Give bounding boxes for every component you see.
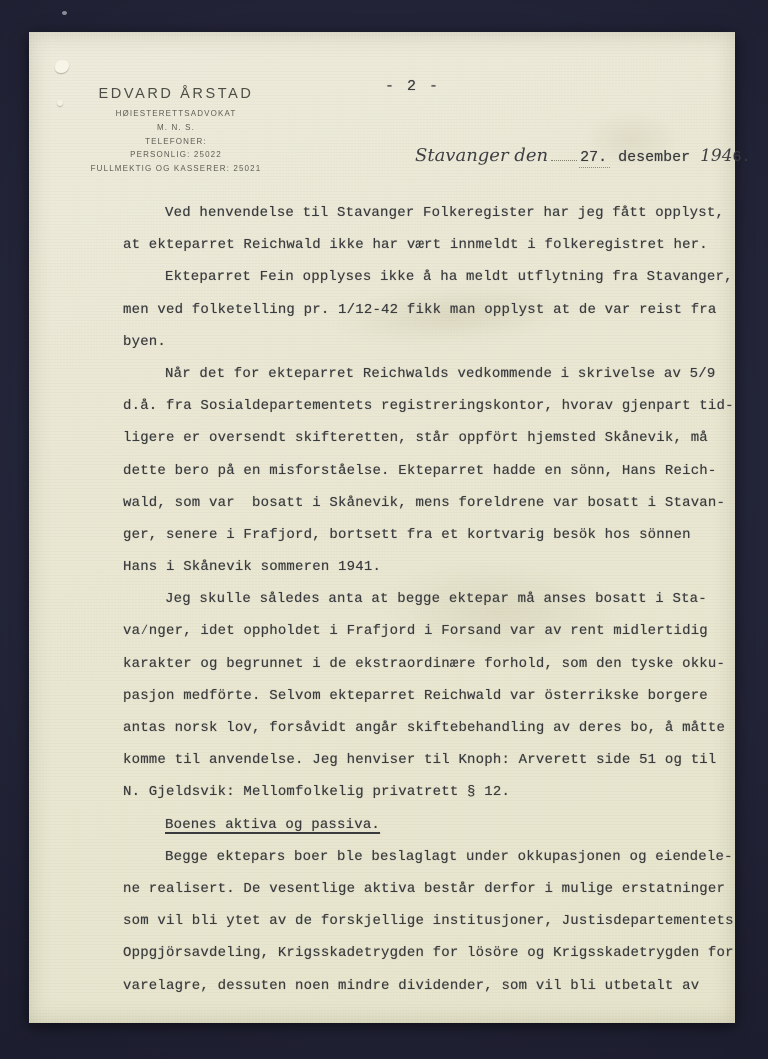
body-line: at ekteparret Reichwald ikke har vært in…: [123, 229, 723, 261]
dateline-place-printed: Stavanger den: [415, 145, 548, 166]
scan-dust-speck: [62, 11, 67, 15]
body-line: som vil bli ytet av de forskjellige inst…: [123, 905, 723, 937]
body-line: ger, senere i Frafjord, bortsett fra et …: [123, 519, 723, 551]
paper-pin-mark: [57, 100, 63, 106]
body-line: varelagre, dessuten noen mindre dividend…: [123, 970, 723, 1002]
letterhead-profession: HØIESTERETTSADVOKAT: [78, 107, 274, 121]
body-line: d.å. fra Sosialdepartementets registreri…: [123, 390, 723, 422]
body-line: ne realisert. De vesentlige aktiva bestå…: [123, 873, 723, 905]
body-line: va∕nger, idet oppholdet i Frafjord i For…: [123, 615, 723, 647]
letterhead-membership: M. N. S.: [78, 121, 274, 135]
letterhead-phones-label: TELEFONER:: [78, 135, 274, 149]
body-line: Oppgjörsavdeling, Krigsskadetrygden for …: [123, 937, 723, 969]
body-line: Ekteparret Fein opplyses ikke å ha meldt…: [123, 261, 723, 293]
dateline: Stavanger den 27. desember 194 6.: [415, 145, 751, 168]
body-line: ligere er oversendt skifteretten, står o…: [123, 422, 723, 454]
dateline-dotted-rule: [551, 149, 577, 161]
body-line: Ved henvendelse til Stavanger Folkeregis…: [123, 197, 723, 229]
letterhead-name: EDVARD ÅRSTAD: [78, 86, 274, 102]
paper-chip-mark: [55, 60, 69, 73]
body-line: wald, som var bosatt i Skånevik, mens fo…: [123, 487, 723, 519]
dateline-year-suffix-typed: 6.: [733, 149, 751, 166]
letter-page: EDVARD ÅRSTAD HØIESTERETTSADVOKAT M. N. …: [29, 32, 735, 1023]
body-line: Når det for ekteparret Reichwalds vedkom…: [123, 358, 723, 390]
letter-body: Ved henvendelse til Stavanger Folkeregis…: [123, 197, 723, 1002]
page-number: - 2 -: [385, 78, 440, 95]
body-line: dette bero på en misforståelse. Ekteparr…: [123, 455, 723, 487]
body-line: karakter og begrunnet i de ekstraordinær…: [123, 648, 723, 680]
body-line: N. Gjeldsvik: Mellomfolkelig privatrett …: [123, 776, 723, 808]
letterhead-phone-clerk: FULLMEKTIG OG KASSERER: 25021: [78, 162, 274, 176]
dateline-month-typed: desember: [618, 149, 690, 166]
letterhead-phone-personal: PERSONLIG: 25022: [78, 148, 274, 162]
body-line: antas norsk lov, forsåvidt angår skifteb…: [123, 712, 723, 744]
section-heading-text: Boenes aktiva og passiva.: [165, 817, 380, 833]
body-line: komme til anvendelse. Jeg henviser til K…: [123, 744, 723, 776]
dateline-day-typed: 27.: [579, 149, 610, 168]
dateline-year-printed: 194: [700, 146, 732, 166]
section-heading: Boenes aktiva og passiva.: [123, 809, 723, 841]
body-line: pasjon medförte. Selvom ekteparret Reich…: [123, 680, 723, 712]
body-line: byen.: [123, 326, 723, 358]
letterhead: EDVARD ÅRSTAD HØIESTERETTSADVOKAT M. N. …: [78, 86, 274, 176]
body-line: Jeg skulle således anta at begge ektepar…: [123, 583, 723, 615]
scan-background: { "page": { "number": "- 2 -" }, "letter…: [0, 0, 768, 1059]
body-line: men ved folketelling pr. 1/12-42 fikk ma…: [123, 294, 723, 326]
body-line: Begge ektepars boer ble beslaglagt under…: [123, 841, 723, 873]
body-line: Hans i Skånevik sommeren 1941.: [123, 551, 723, 583]
